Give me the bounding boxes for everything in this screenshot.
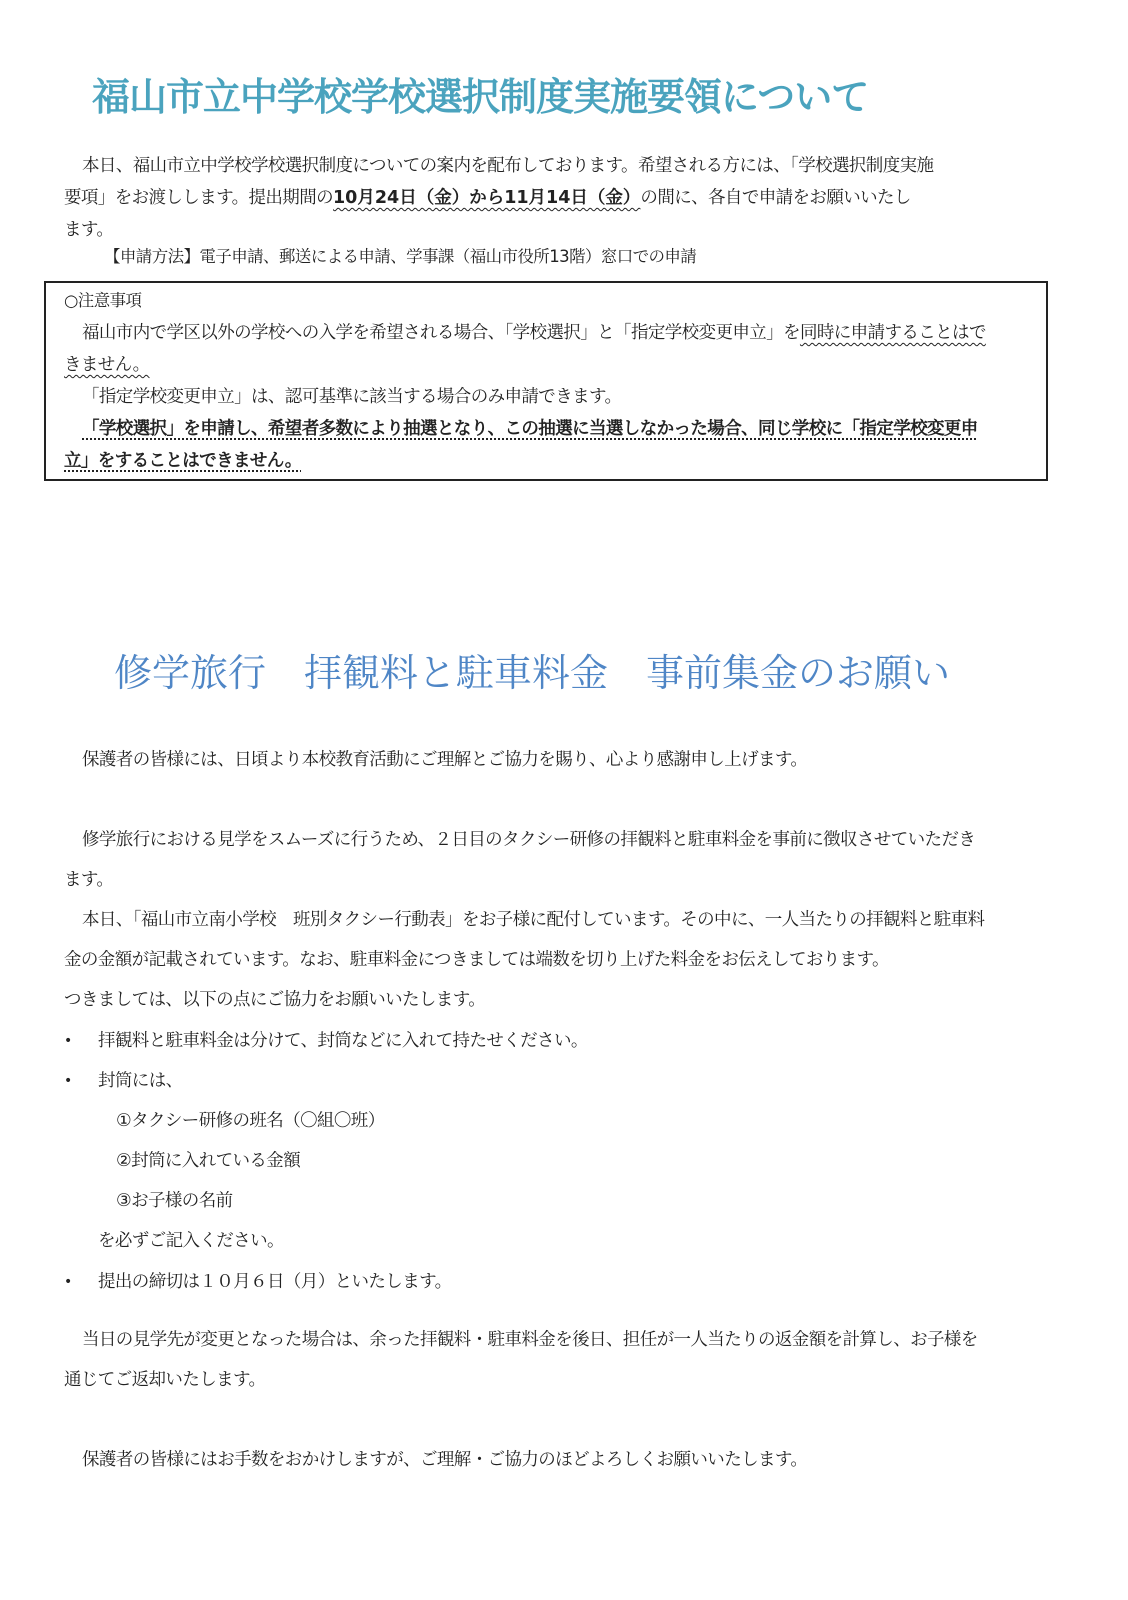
notice-line1: 福山市内で学区以外の学校への入学を希望される場合、「学校選択」と「指定学校変更申… <box>82 317 986 349</box>
bullet-icon: • <box>64 1025 72 1057</box>
selection-paragraph-line2: 要項」をお渡しします。提出期間の10月24日（金）から11月14日（金）の間に、… <box>64 182 911 214</box>
bullet-item-envelope: 封筒には、 <box>98 1065 183 1097</box>
trip-paragraph-line1: 修学旅行における見学をスムーズに行うため、２日目のタクシー研修の拝観料と駐車料金… <box>82 824 975 856</box>
notice-heading: ○注意事項 <box>64 285 141 317</box>
notice-line2: きません。 <box>64 349 150 381</box>
notice-line5: 立」をすることはできません。 <box>64 445 302 477</box>
school-trip-title: 修学旅行 拝観料と駐車料金 事前集金のお願い <box>114 642 950 697</box>
bullet-item-separate-fees: 拝観料と駐車料金は分けて、封筒などに入れて持たせください。 <box>98 1025 588 1057</box>
closing-remark: 保護者の皆様にはお手数をおかけしますが、ご理解・ご協力のほどよろしくお願いいたし… <box>82 1444 807 1476</box>
envelope-item-amount: ②封筒に入れている金額 <box>116 1145 300 1177</box>
envelope-item-child-name: ③お子様の名前 <box>116 1185 233 1217</box>
notice-line1-emphasis: 同時に申請することはで <box>800 323 986 343</box>
bullet-icon: • <box>64 1266 72 1298</box>
notice-line1-text: 福山市内で学区以外の学校への入学を希望される場合、「学校選択」と「指定学校変更申… <box>82 323 800 343</box>
submission-period: 10月24日（金）から11月14日（金） <box>333 188 640 208</box>
distribution-paragraph-line1: 本日、「福山市立南小学校 班別タクシー行動表」をお子様に配付しています。その中に… <box>82 904 984 936</box>
envelope-note: を必ずご記入ください。 <box>98 1225 284 1257</box>
notice-line5-emphasis: 立」をすることはできません。 <box>64 451 302 471</box>
selection-paragraph-line1: 本日、福山市立中学校学校選択制度についての案内を配布しております。希望される方に… <box>82 150 933 182</box>
refund-line2: 通じてご返却いたします。 <box>64 1364 265 1396</box>
notice-line4-emphasis: 「学校選択」を申請し、希望者多数により抽選となり、この抽選に当選しなかった場合、… <box>82 419 978 439</box>
school-selection-title: 福山市立中学校学校選択制度実施要領について <box>92 66 868 121</box>
distribution-paragraph-line2: 金の金額が記載されています。なお、駐車料金につきましては端数を切り上げた料金をお… <box>64 944 889 976</box>
trip-paragraph-line2: ます。 <box>64 864 113 896</box>
notice-line4: 「学校選択」を申請し、希望者多数により抽選となり、この抽選に当選しなかった場合、… <box>82 413 978 445</box>
request-intro: つきましては、以下の点にご協力をお願いいたします。 <box>64 984 485 1016</box>
application-method: 【申請方法】電子申請、郵送による申請、学事課（福山市役所13階）窓口での申請 <box>104 241 696 273</box>
refund-line1: 当日の見学先が変更となった場合は、余った拝観料・駐車料金を後日、担任が一人当たり… <box>82 1324 978 1356</box>
bullet-item-deadline: 提出の締切は１０月６日（月）といたします。 <box>98 1266 452 1298</box>
bullet-icon: • <box>64 1065 72 1097</box>
notice-line3: 「指定学校変更申立」は、認可基準に該当する場合のみ申請できます。 <box>82 381 621 413</box>
selection-paragraph-pre: 要項」をお渡しします。提出期間の <box>64 188 333 208</box>
greeting: 保護者の皆様には、日頃より本校教育活動にご理解とご協力を賜り、心より感謝申し上げ… <box>82 744 807 776</box>
envelope-item-group-name: ①タクシー研修の班名（〇組〇班） <box>116 1105 385 1137</box>
selection-paragraph-post: の間に、各自で申請をお願いいたし <box>640 188 910 208</box>
notice-line2-emphasis: きません。 <box>64 355 150 375</box>
